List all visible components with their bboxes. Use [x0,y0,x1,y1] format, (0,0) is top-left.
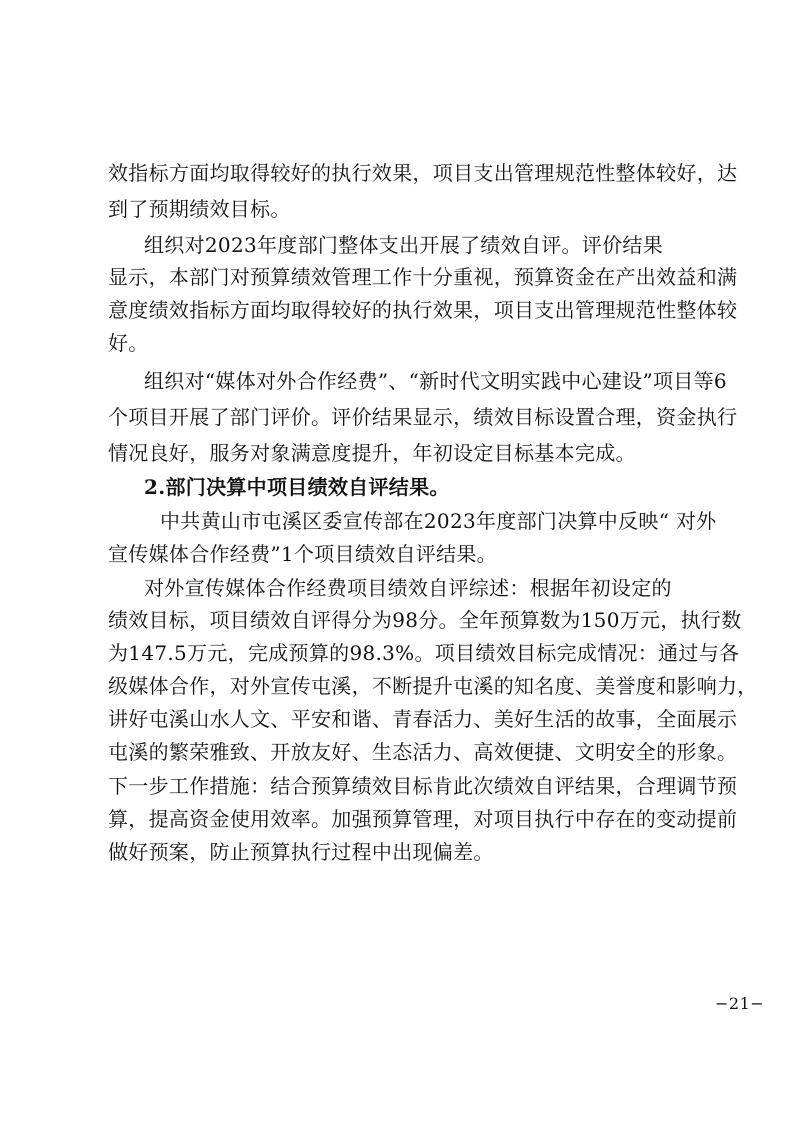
paragraph-line: 中共黄山市屯溪区委宣传部在2023年度部门决算中反映“ 对外 [160,508,716,534]
paragraph-line: 讲好屯溪山水人文、平安和谐、青春活力、美好生活的故事，全面展示 [108,706,737,732]
paragraph-line: 个项目开展了部门评价。评价结果显示，绩效目标设置合理，资金执行 [108,404,737,430]
paragraph-line: 显示，本部门对预算绩效管理工作十分重视，预算资金在产出效益和满 [108,264,737,290]
paragraph-line: 绩效目标，项目绩效自评得分为98分。全年预算数为150万元，执行数 [108,607,742,633]
paragraph-line: 下一步工作措施：结合预算绩效目标肯此次绩效自评结果，合理调节预 [108,773,737,799]
paragraph-line: 到了预期绩效目标。 [108,196,291,222]
paragraph-line: 对外宣传媒体合作经费项目绩效自评综述：根据年初设定的 [144,575,672,601]
paragraph-line: 屯溪的繁荣雅致、开放友好、生态活力、高效便捷、文明安全的形象。 [108,739,737,765]
paragraph-line: 为147.5万元，完成预算的98.3%。项目绩效目标完成情况：通过与各 [108,640,739,666]
paragraph-line: 效指标方面均取得较好的执行效果，项目支出管理规范性整体较好，达 [108,160,737,186]
paragraph-line: 算，提高资金使用效率。加强预算管理，对项目执行中存在的变动提前 [108,806,737,832]
page-number: −21− [715,994,764,1013]
section-heading: 2.部门决算中项目绩效自评结果。 [144,474,450,500]
paragraph-line: 宣传媒体合作经费”1个项目绩效自评结果。 [108,541,497,567]
paragraph-line: 情况良好，服务对象满意度提升，年初设定目标基本完成。 [108,440,636,466]
paragraph-line: 组织对“媒体对外合作经费”、“新时代文明实践中心建设”项目等6 [144,368,727,394]
paragraph-line: 级媒体合作，对外宣传屯溪，不断提升屯溪的知名度、美誉度和影响力， [108,673,758,699]
paragraph-line: 意度绩效指标方面均取得较好的执行效果，项目支出管理规范性整体较 [108,297,737,323]
paragraph-line: 组织对2023年度部门整体支出开展了绩效自评。评价结果 [144,232,663,258]
paragraph-line: 做好预案，防止预算执行过程中出现偏差。 [108,839,494,865]
paragraph-line: 好。 [108,330,149,356]
